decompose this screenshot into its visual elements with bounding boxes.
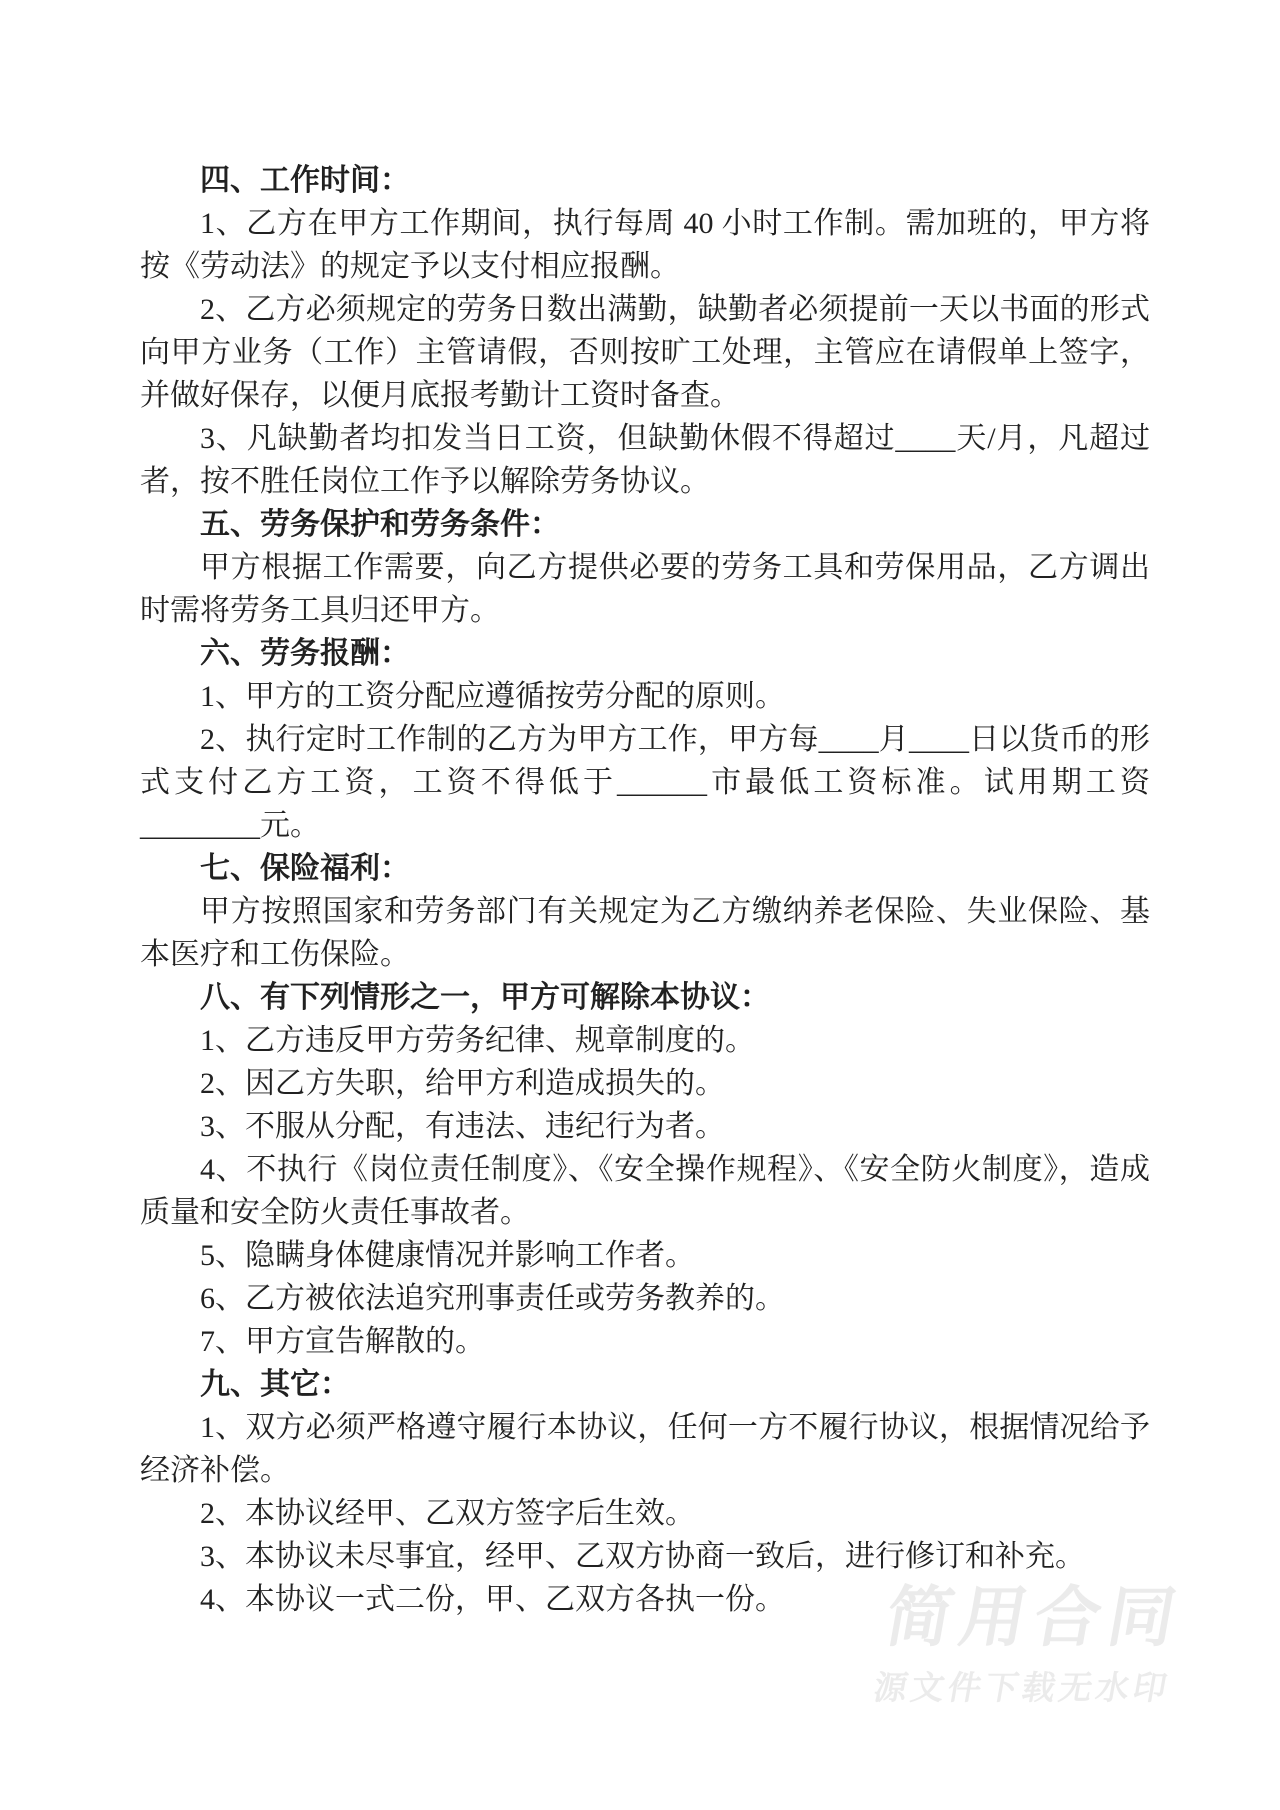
paragraph: 4、本协议一式二份，甲、乙双方各执一份。 <box>140 1578 1150 1621</box>
paragraph: 甲方根据工作需要，向乙方提供必要的劳务工具和劳保用品，乙方调出时需将劳务工具归还… <box>140 546 1150 632</box>
section-heading: 九、其它： <box>140 1363 1150 1406</box>
paragraph: 5、隐瞒身体健康情况并影响工作者。 <box>140 1234 1150 1277</box>
paragraph: 甲方按照国家和劳务部门有关规定为乙方缴纳养老保险、失业保险、基本医疗和工伤保险。 <box>140 890 1150 976</box>
paragraph: 3、本协议未尽事宜，经甲、乙双方协商一致后，进行修订和补充。 <box>140 1535 1150 1578</box>
paragraph: 2、本协议经甲、乙双方签字后生效。 <box>140 1492 1150 1535</box>
paragraph: 7、甲方宣告解散的。 <box>140 1320 1150 1363</box>
contract-page: 四、工作时间：1、乙方在甲方工作期间，执行每周 40 小时工作制。需加班的，甲方… <box>0 0 1280 1810</box>
paragraph: 3、凡缺勤者均扣发当日工资，但缺勤休假不得超过____天/月，凡超过者，按不胜任… <box>140 417 1150 503</box>
paragraph: 2、乙方必须规定的劳务日数出满勤，缺勤者必须提前一天以书面的形式向甲方业务（工作… <box>140 288 1150 417</box>
paragraph: 1、甲方的工资分配应遵循按劳分配的原则。 <box>140 675 1150 718</box>
section-heading: 七、保险福利： <box>140 847 1150 890</box>
paragraph: 6、乙方被依法追究刑事责任或劳务教养的。 <box>140 1277 1150 1320</box>
watermark-subtitle: 源文件下载无水印 <box>871 1670 1187 1706</box>
paragraph: 2、因乙方失职，给甲方利造成损失的。 <box>140 1062 1150 1105</box>
contract-body: 四、工作时间：1、乙方在甲方工作期间，执行每周 40 小时工作制。需加班的，甲方… <box>140 159 1150 1621</box>
section-heading: 四、工作时间： <box>140 159 1150 202</box>
paragraph: 3、不服从分配，有违法、违纪行为者。 <box>140 1105 1150 1148</box>
section-heading: 五、劳务保护和劳务条件： <box>140 503 1150 546</box>
section-heading: 八、有下列情形之一，甲方可解除本协议： <box>140 976 1150 1019</box>
paragraph: 1、乙方在甲方工作期间，执行每周 40 小时工作制。需加班的，甲方将按《劳动法》… <box>140 202 1150 288</box>
paragraph: 2、执行定时工作制的乙方为甲方工作，甲方每____月____日以货币的形式支付乙… <box>140 718 1150 847</box>
section-heading: 六、劳务报酬： <box>140 632 1150 675</box>
paragraph: 1、乙方违反甲方劳务纪律、规章制度的。 <box>140 1019 1150 1062</box>
paragraph: 4、不执行《岗位责任制度》、《安全操作规程》、《安全防火制度》，造成质量和安全防… <box>140 1148 1150 1234</box>
paragraph: 1、双方必须严格遵守履行本协议，任何一方不履行协议，根据情况给予经济补偿。 <box>140 1406 1150 1492</box>
